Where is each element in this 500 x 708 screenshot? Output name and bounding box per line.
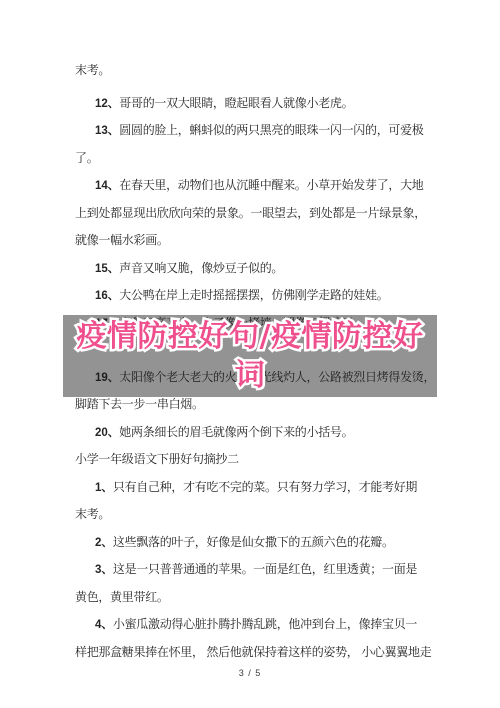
text-line: 16、大公鸭在岸上走时摇摇摆摆，仿佛刚学走路的娃娃。: [75, 282, 428, 310]
line-text: 上到处都显现出欣欣向荣的景象。一眼望去，到处都是一片绿景象，: [75, 206, 426, 220]
item-number: 4、: [95, 619, 113, 631]
line-text: 小学一年级语文下册好句摘抄二: [75, 452, 239, 466]
line-text: 小蜜瓜激动得心脏扑腾扑腾乱跳，他冲到台上，像捧宝贝一: [113, 617, 417, 631]
overlay-title-line2: 词: [63, 356, 437, 395]
overlay-title: 疫情防控好句/疫情防控好 词 疫情防控好句/疫情防控好 词: [63, 315, 437, 397]
line-text: 样把那盒糖果捧在怀里， 然后他就保持着这样的姿势， 小心翼翼地走: [75, 645, 431, 659]
page-number: 3 / 5: [75, 668, 428, 678]
overlay-title-text: 疫情防控好句/疫情防控好 词: [63, 317, 437, 395]
text-line: 4、小蜜瓜激动得心脏扑腾扑腾乱跳，他冲到台上，像捧宝贝一: [75, 611, 428, 639]
text-line: 末考。: [75, 501, 428, 529]
text-line: 样把那盒糖果捧在怀里， 然后他就保持着这样的姿势， 小心翼翼地走: [75, 639, 428, 667]
item-number: 14、: [95, 180, 119, 192]
overlay-title-line1: 疫情防控好句/疫情防控好: [63, 317, 437, 356]
text-line: 12、哥哥的一双大眼睛，瞪起眼看人就像小老虎。: [75, 90, 428, 118]
line-text: 这些飘落的叶子，好像是仙女撒下的五颜六色的花瓣。: [113, 535, 394, 549]
text-line: 就像一幅水彩画。: [75, 227, 428, 255]
line-text: 末考。: [75, 507, 110, 521]
item-number: 2、: [95, 537, 113, 549]
item-number: 12、: [95, 98, 119, 110]
text-line: 20、她两条细长的眉毛就像两个倒下来的小括号。: [75, 419, 428, 447]
line-text: 就像一幅水彩画。: [75, 233, 169, 247]
line-text: 只有自己种，才有吃不完的菜。只有努力学习，才能考好期: [113, 480, 417, 494]
watermark-overlay-banner: 疫情防控好句/疫情防控好 词 疫情防控好句/疫情防控好 词: [63, 315, 437, 397]
line-text: 声音又响又脆，像炒豆子似的。: [119, 261, 283, 275]
text-line: 3、这是一只普普通通的苹果。一面是红色，红里透黄；一面是: [75, 556, 428, 584]
text-line: 小学一年级语文下册好句摘抄二: [75, 446, 428, 474]
text-line: 15、声音又响又脆，像炒豆子似的。: [75, 255, 428, 283]
line-text: 在春天里，动物们也从沉睡中醒来。小草开始发芽了，大地: [119, 178, 423, 192]
text-line: 2、这些飘落的叶子，好像是仙女撒下的五颜六色的花瓣。: [75, 529, 428, 557]
line-text: 这是一只普普通通的苹果。一面是红色，红里透黄；一面是: [113, 562, 417, 576]
text-line: 14、在春天里，动物们也从沉睡中醒来。小草开始发芽了，大地: [75, 172, 428, 200]
line-text: 哥哥的一双大眼睛，瞪起眼看人就像小老虎。: [119, 96, 353, 110]
item-number: 13、: [95, 125, 119, 137]
item-number: 20、: [95, 427, 119, 439]
text-line: 1、只有自己种，才有吃不完的菜。只有努力学习，才能考好期: [75, 474, 428, 502]
document-page: 末考。 12、哥哥的一双大眼睛，瞪起眼看人就像小老虎。 13、圆圆的脸上，蝌蚪似…: [0, 0, 500, 708]
text-line: 末考。: [75, 57, 428, 85]
line-text: 脚踏下去一步一串白烟。: [75, 397, 204, 411]
text-line: 了。: [75, 145, 428, 173]
line-text: 圆圆的脸上，蝌蚪似的两只黑亮的眼珠一闪一闪的，可爱极: [119, 123, 423, 137]
item-number: 1、: [95, 482, 113, 494]
text-line: 13、圆圆的脸上，蝌蚪似的两只黑亮的眼珠一闪一闪的，可爱极: [75, 117, 428, 145]
line-text: 黄色，黄里带红。: [75, 590, 169, 604]
text-line: 黄色，黄里带红。: [75, 584, 428, 612]
line-text: 了。: [75, 151, 98, 165]
line-text: 大公鸭在岸上走时摇摇摆摆，仿佛刚学走路的娃娃。: [119, 288, 388, 302]
text-line: 上到处都显现出欣欣向荣的景象。一眼望去，到处都是一片绿景象，: [75, 200, 428, 228]
item-number: 16、: [95, 290, 119, 302]
line-text: 她两条细长的眉毛就像两个倒下来的小括号。: [119, 425, 353, 439]
item-number: 3、: [95, 564, 113, 576]
item-number: 15、: [95, 263, 119, 275]
line-text: 末考。: [75, 63, 110, 77]
